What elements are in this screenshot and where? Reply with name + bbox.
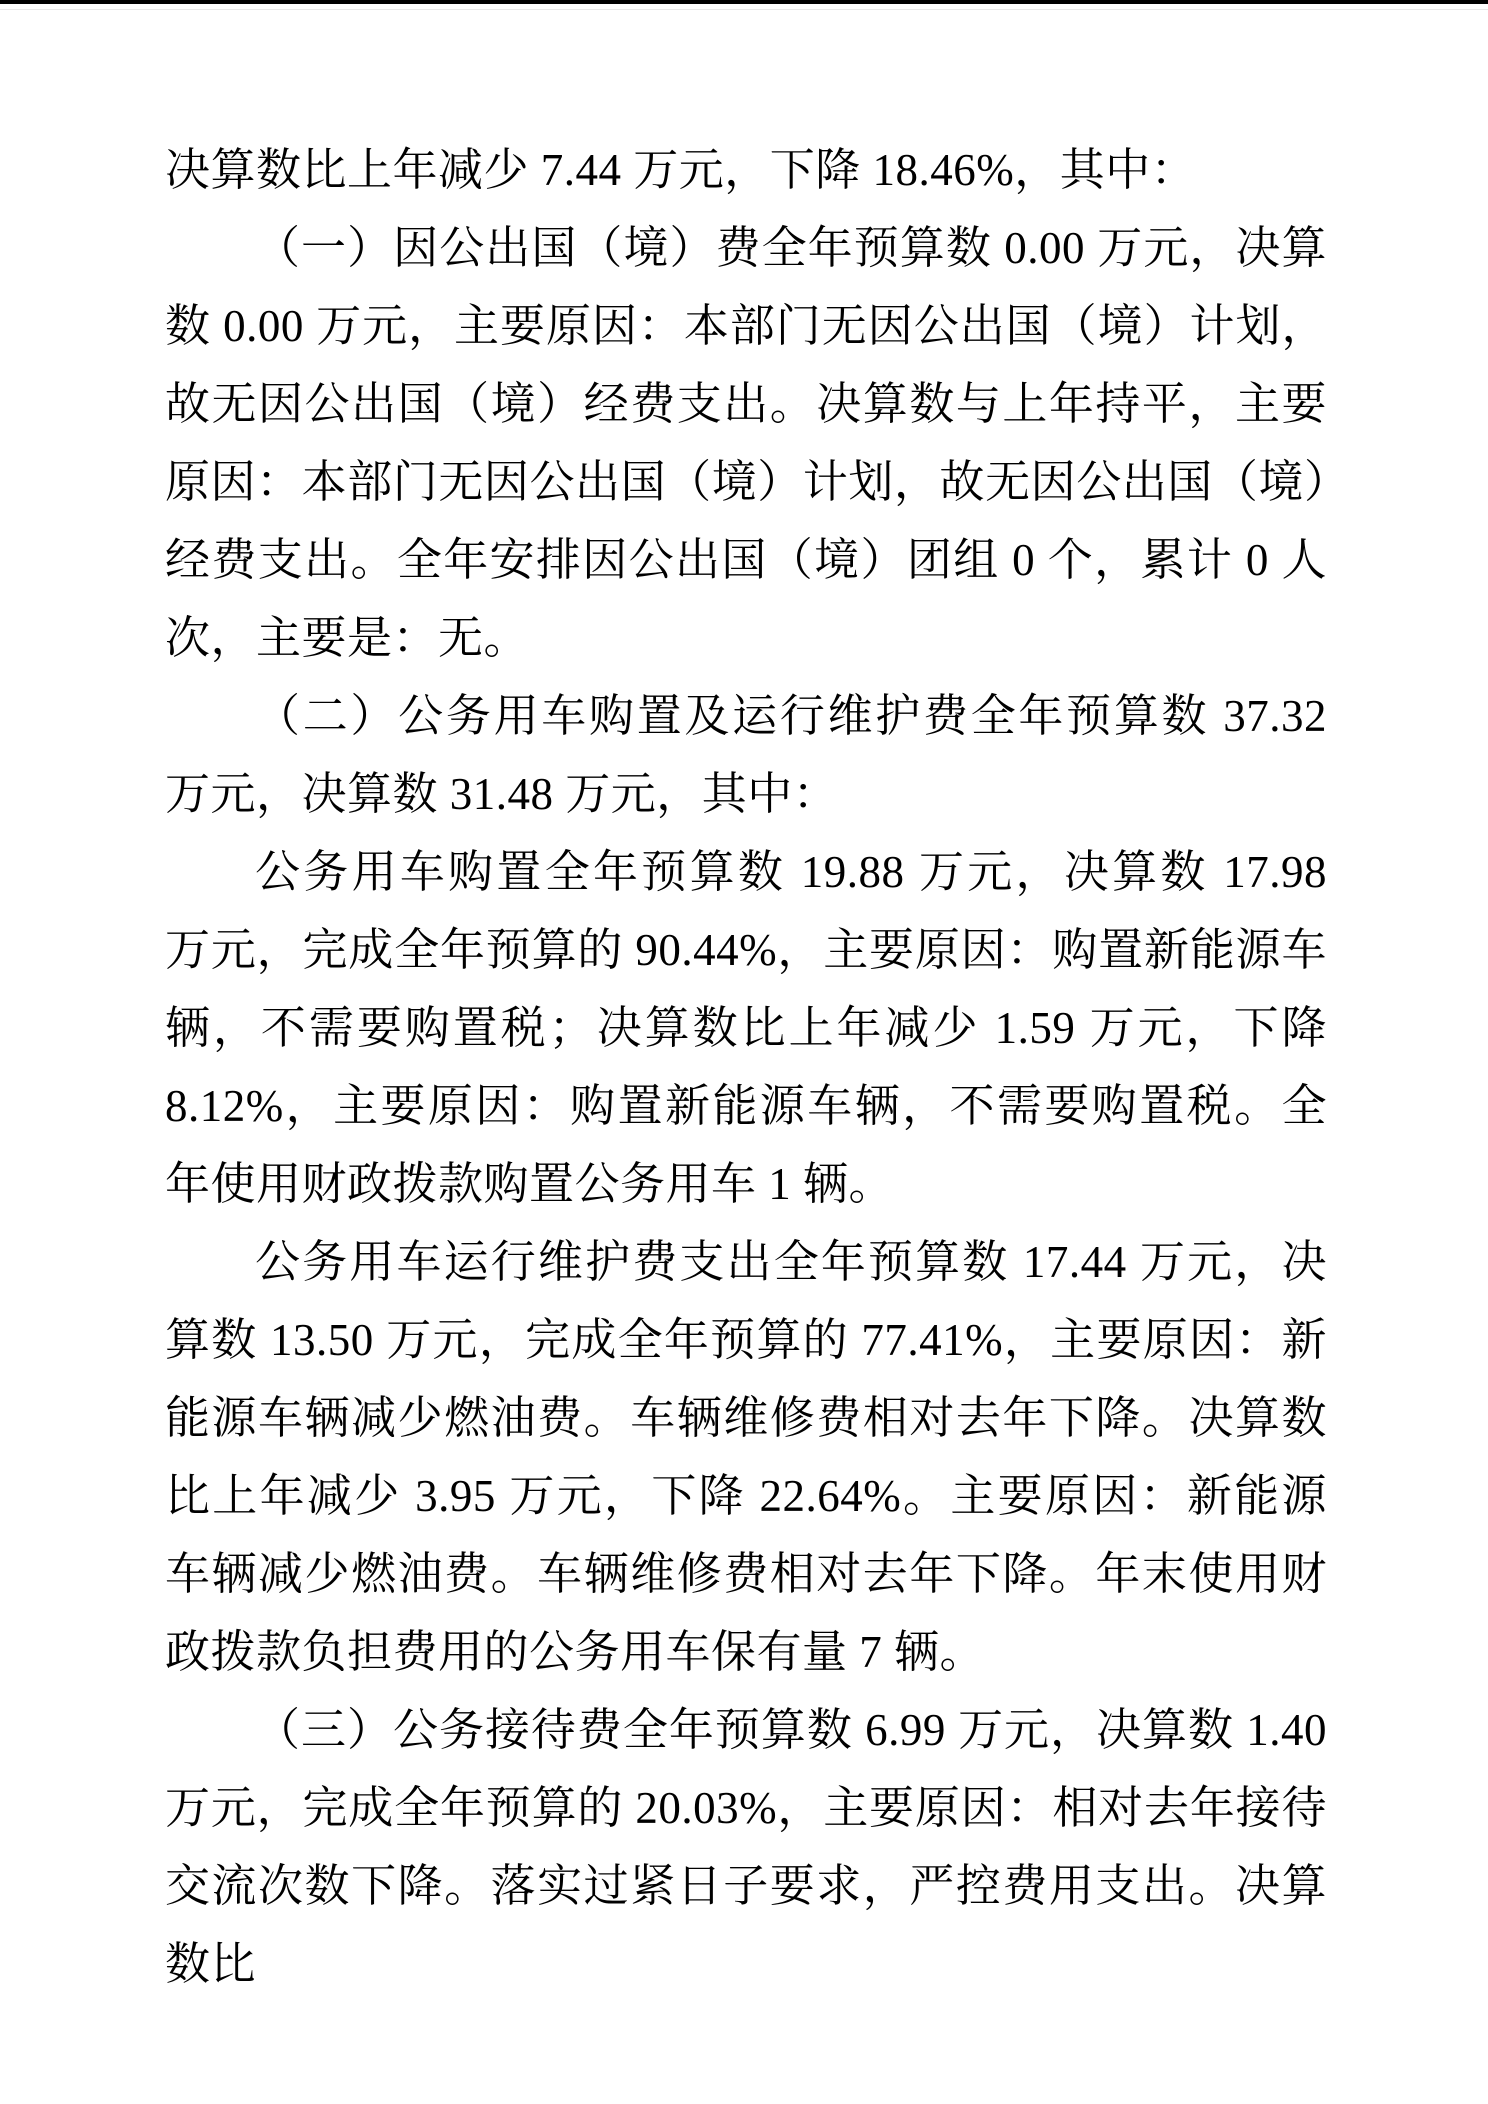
paragraph-total-change-summary: 决算数比上年减少 7.44 万元，下降 18.46%，其中： — [165, 131, 1327, 209]
paragraph-item2-official-vehicles-total: （二）公务用车购置及运行维护费全年预算数 37.32 万元，决算数 31.48 … — [165, 677, 1327, 833]
paragraph-item2-vehicle-maintenance: 公务用车运行维护费支出全年预算数 17.44 万元，决算数 13.50 万元，完… — [165, 1223, 1327, 1691]
document-text-block: 决算数比上年减少 7.44 万元，下降 18.46%，其中： （一）因公出国（境… — [165, 131, 1327, 2003]
document-page: { "page": { "background_color": "#ffffff… — [0, 0, 1488, 2104]
scan-top-edge-artifact — [0, 0, 1488, 4]
paragraph-item3-official-reception: （三）公务接待费全年预算数 6.99 万元，决算数 1.40 万元，完成全年预算… — [165, 1691, 1327, 2003]
scan-top-hairline-artifact — [0, 9, 1488, 10]
paragraph-item1-overseas-travel: （一）因公出国（境）费全年预算数 0.00 万元，决算数 0.00 万元，主要原… — [165, 209, 1327, 677]
paragraph-item2-vehicle-purchase: 公务用车购置全年预算数 19.88 万元，决算数 17.98 万元，完成全年预算… — [165, 833, 1327, 1223]
